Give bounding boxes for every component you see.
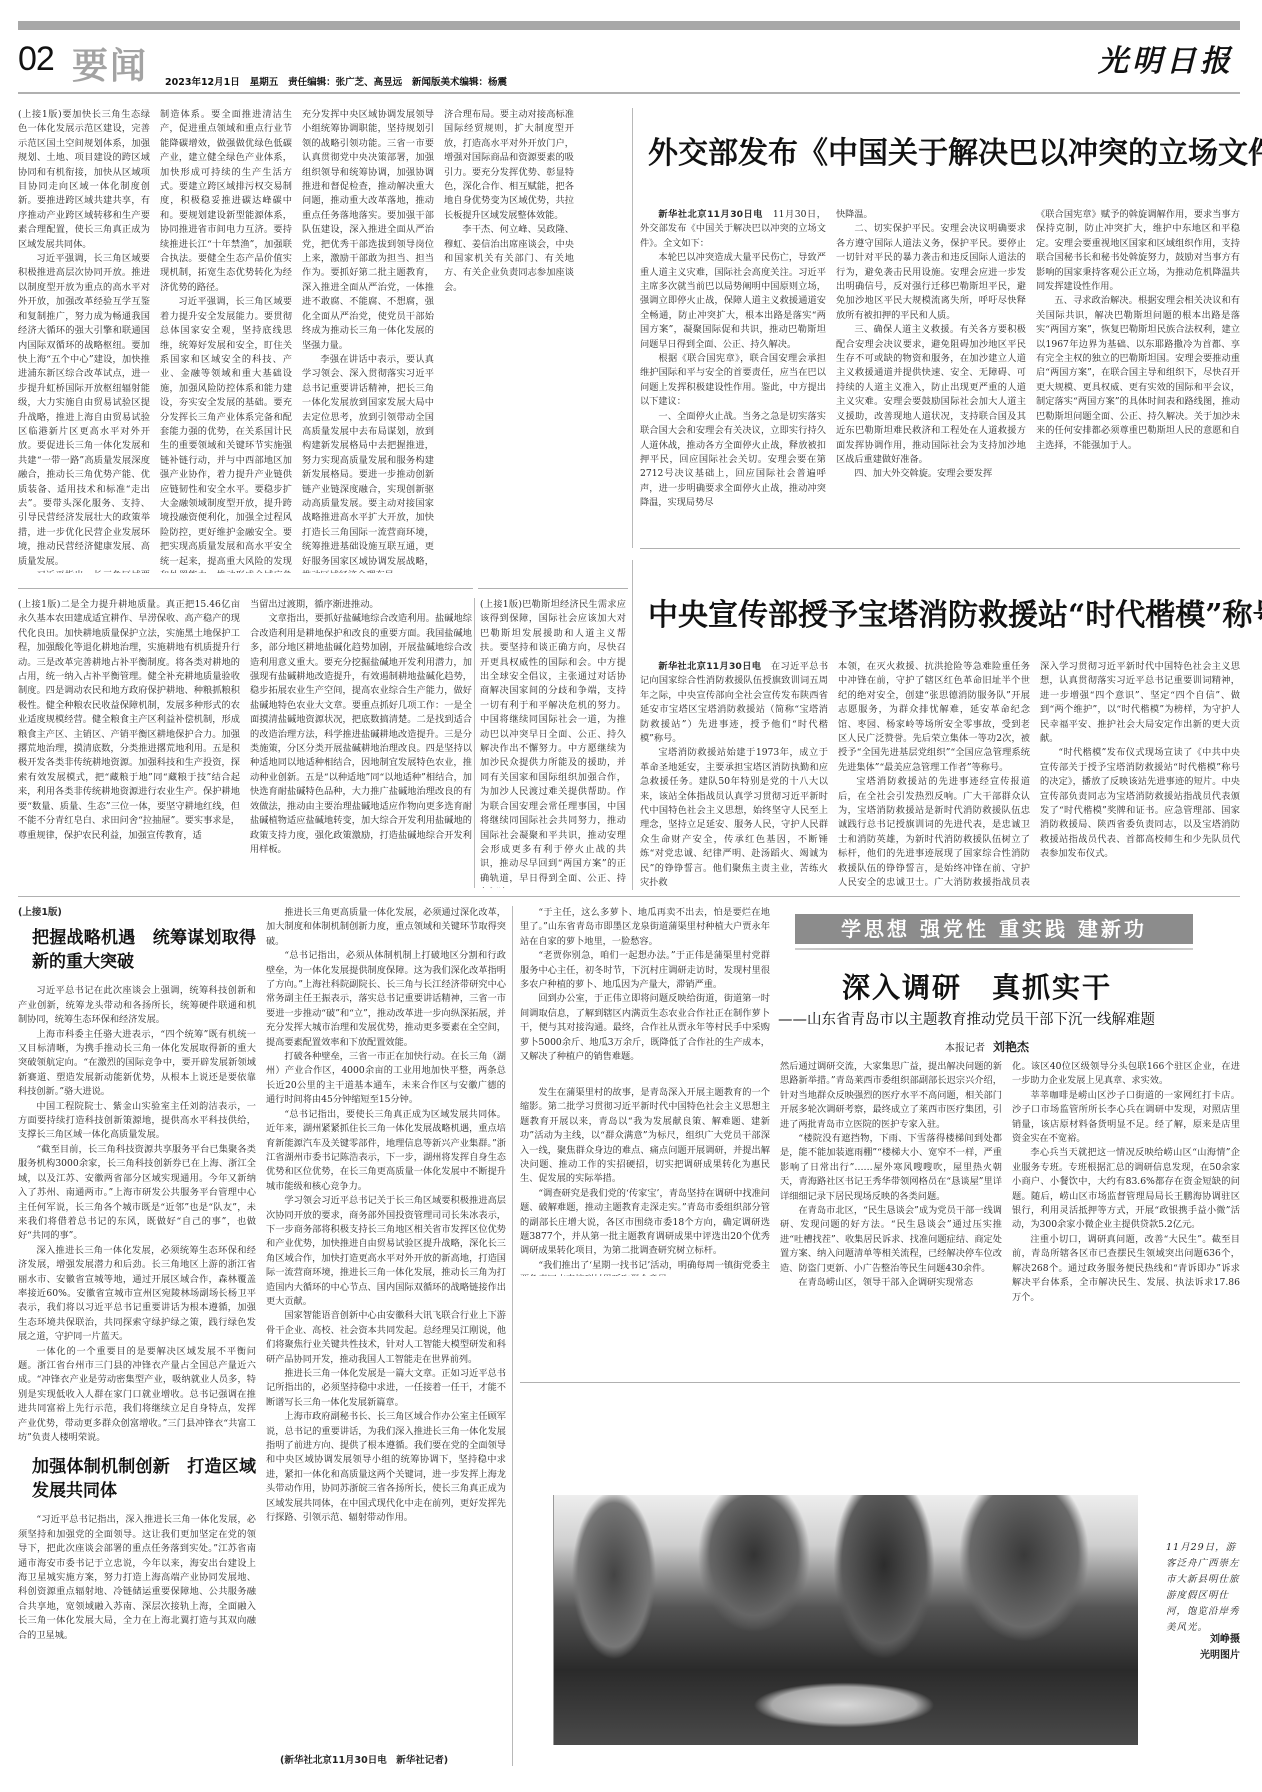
section-divider	[18, 588, 473, 589]
strategy-subhead-1: 把握战略机遇 统筹谋划取得新的重大突破	[32, 926, 256, 974]
section-divider	[18, 896, 1240, 897]
strategy-endnote: (新华社北京11月30日电 新华社记者)	[280, 1752, 448, 1766]
photo-caption: 11月29日，游客泛舟广西崇左市大新县明仕旅游度假区明仕河，饱览沿岸秀美风光。	[1166, 1540, 1242, 1636]
column-rule	[474, 598, 475, 888]
section-divider	[520, 1382, 1240, 1383]
farmland-col-1: (上接1版)二是全力提升耕地质量。真正把15.46亿亩永久基本农田建成适宜耕作、…	[18, 598, 240, 888]
baota-col-2: 本领，在灭火救援、抗洪抢险等急难险重任务中冲锋在前，守护了辖区红色革命旧址半个世…	[838, 660, 1030, 888]
qingdao-intro-col: “于主任，这么多萝卜、地瓜再卖不出去，怕是要烂在地里了。”山东省青岛市即墨区龙泉…	[520, 906, 770, 1086]
column-rule	[512, 906, 513, 1766]
photo-credit: 刘峥摄 光明图片	[1150, 1632, 1240, 1664]
strategy-subhead-2: 加强体制机制创新 打造区域发展共同体	[32, 1455, 256, 1503]
baota-headline: 中央宣传部授予宝塔消防救援站“时代楷模”称号	[648, 590, 1262, 634]
byline-label: 本报记者	[945, 1043, 985, 1054]
qingdao-col-2: 然后通过调研交流，大家集思广益，提出解决问题的新思路新举措。”青岛莱西市委组织部…	[780, 1060, 1002, 1372]
fm-col-1: 新华社北京11月30日电 11月30日，外交部发布《中国关于解决巴以冲突的立场文…	[640, 208, 826, 548]
yangtze-col-2: 制造体系。要全面推进清洁生产，促进重点领域和重点行业节能降碳增效，做强做优绿色低…	[160, 108, 292, 573]
column-rule	[632, 560, 633, 890]
qingdao-subtitle: ——山东省青岛市以主题教育推动党员干部下沉一线解难题	[778, 1008, 1155, 1029]
qingdao-col-1: 发生在蒲渠里村的故事，是青岛深入开展主题教育的一个缩影。第二批学习贯彻习近平新时…	[520, 1086, 770, 1276]
baota-lead: 新华社北京11月30日电	[658, 661, 761, 672]
strategy-col-1: (上接1版) 把握战略机遇 统筹谋划取得新的重大突破 习近平总书记在此次座谈会上…	[18, 906, 256, 1736]
page-number: 02	[18, 40, 54, 79]
yangtze-col-4: 济合理布局。要主动对接高标准国际经贸规则，扩大制度型开放，打造高水平对外开放门户…	[444, 108, 574, 573]
qingdao-col-3: 化。该区40位区级领导分头包联166个驻区企业，在进一步助力企业发展上见真章、求…	[1012, 1060, 1240, 1372]
baota-col-1: 新华社北京11月30日电 在习近平总书记向国家综合性消防救援队伍授旗致训词五周年…	[640, 660, 828, 888]
newspaper-logo: 光明日报	[1098, 36, 1234, 80]
byline: 本报记者刘艳杰	[945, 1038, 1029, 1055]
masthead-divider	[18, 92, 1240, 94]
fm-col-2: 快降温。 二、切实保护平民。安理会决议明确要求各方遵守国际人道法义务，保护平民。…	[836, 208, 1026, 548]
photographer: 刘峥摄	[1150, 1632, 1240, 1648]
farmland-col-2: 当留出过渡期，循序渐进推动。 文章指出，要抓好盐碱地综合改造利用。盐碱地综合改造…	[250, 598, 472, 888]
strategy-col-2: 推进长三角更高质量一体化发展，必须通过深化改革，加大制度和体制机制创新力度，重点…	[266, 906, 506, 1736]
fm-col-3: 《联合国宪章》赋予的斡旋调解作用，要求当事方保持克制，防止冲突扩大，维护中东地区…	[1036, 208, 1240, 548]
yangtze-col-3: 充分发挥中央区域协调发展领导小组统筹协调职能，坚持规划引领的战略引领功能。三省一…	[302, 108, 434, 573]
foreign-ministry-headline: 外交部发布《中国关于解决巴以冲突的立场文件》	[648, 128, 1262, 172]
masthead-top-bar	[18, 21, 1240, 30]
yangtze-col-1: (上接1版)要加快长三角生态绿色一体化发展示范区建设，完善示范区国土空间规划体系…	[18, 108, 150, 573]
fm-lead: 新华社北京11月30日电	[658, 209, 763, 220]
continued-label: (上接1版)	[18, 906, 256, 920]
section-title: 要闻	[72, 38, 148, 89]
qingdao-headline: 深入调研 真抓实干	[842, 966, 1112, 1006]
column-rule	[632, 108, 633, 548]
dateline: 2023年12月1日 星期五 责任编辑：张广芝、高昱远 新闻版美术编辑：杨震	[165, 74, 507, 88]
palestine-cont-col: (上接1版)巴勒斯坦经济民生需求应该得到保障，国际社会应该加大对巴勒斯坦发展援助…	[480, 598, 626, 888]
baota-col-3: 深入学习贯彻习近平新时代中国特色社会主义思想，认真贯彻落实习近平总书记重要训词精…	[1040, 660, 1240, 888]
banner-underline	[795, 948, 1193, 950]
section-divider	[640, 548, 1240, 549]
theme-banner: 学思想 强党性 重实践 建新功	[795, 914, 1193, 944]
photo-agency: 光明图片	[1150, 1648, 1240, 1664]
landscape-photo	[553, 1495, 1138, 1745]
byline-author: 刘艳杰	[993, 1040, 1029, 1054]
section-divider	[478, 588, 628, 589]
